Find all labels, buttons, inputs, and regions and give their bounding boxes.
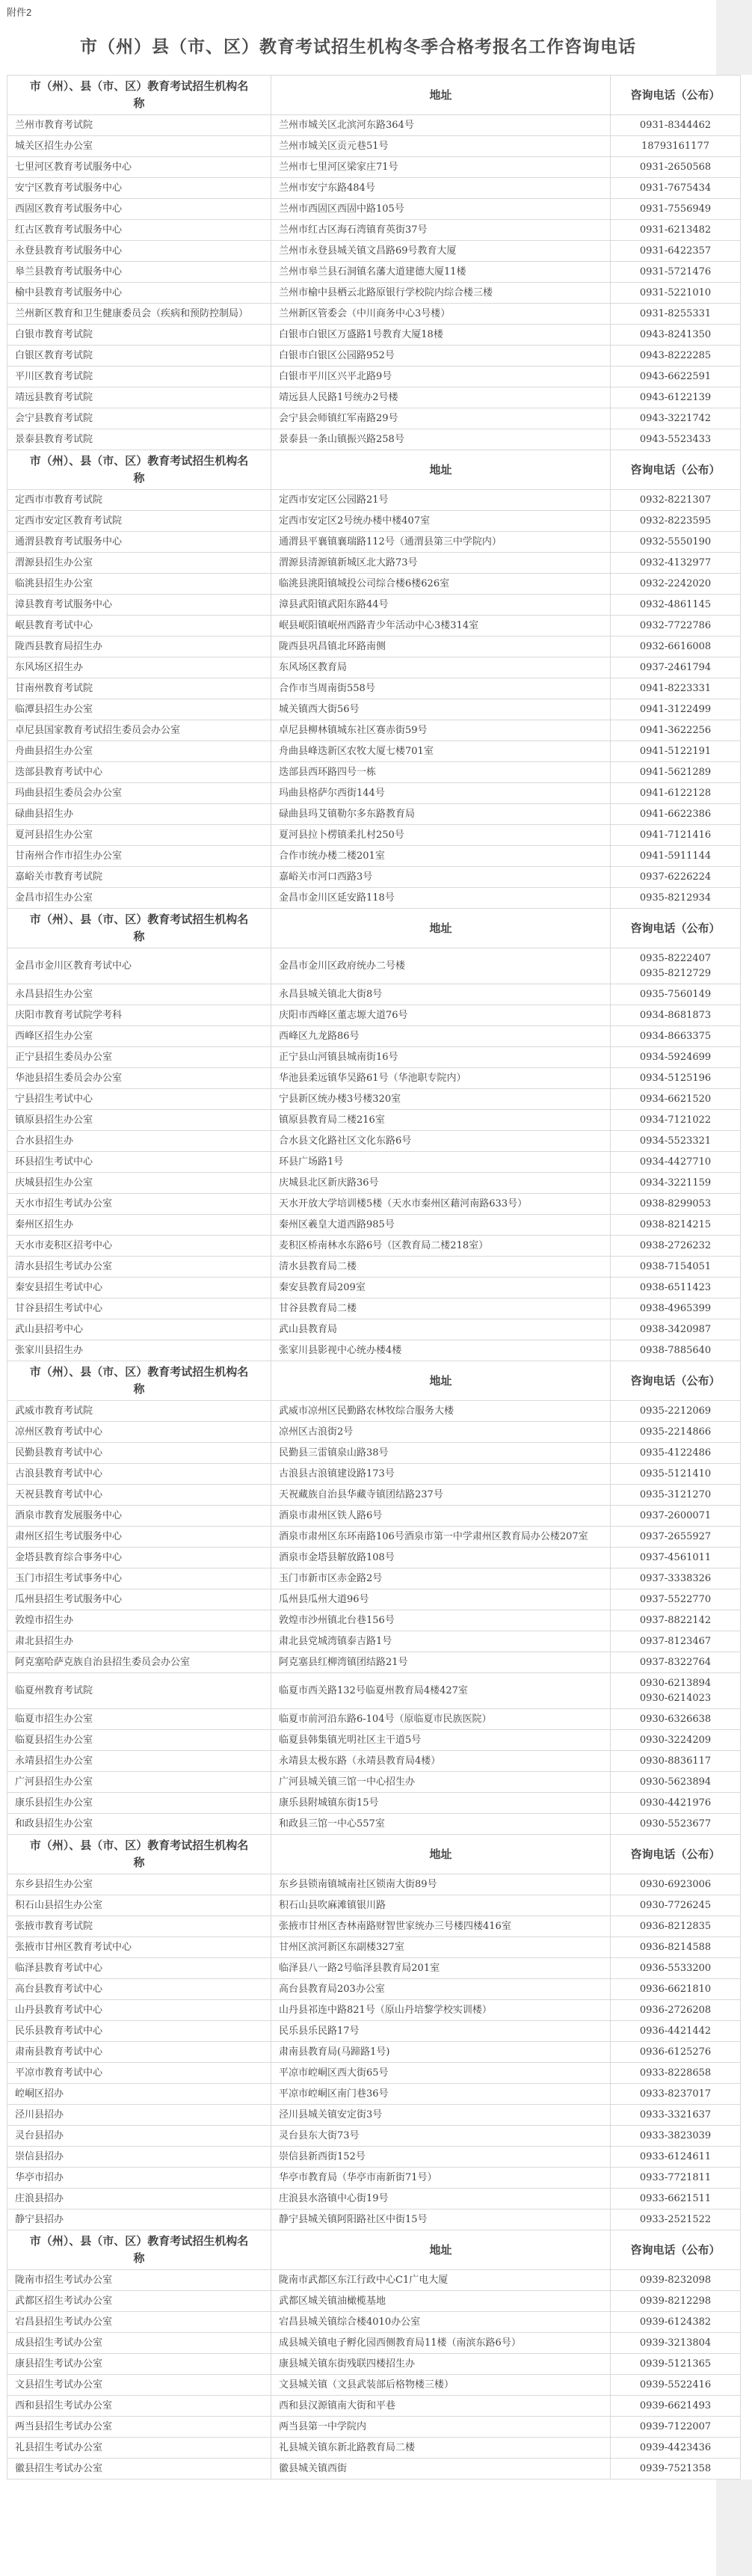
table-row: 迭部县教育考试中心迭部县西环路四号一栋0941-5621289 xyxy=(7,762,741,783)
org-name-cell: 碌曲县招生办 xyxy=(7,804,271,825)
org-name-cell: 两当县招生考试办公室 xyxy=(7,2417,271,2438)
address-cell: 白银市平川区兴平北路9号 xyxy=(271,367,611,387)
org-name-cell: 崆峒区招办 xyxy=(7,2084,271,2105)
address-cell: 合水县文化路社区文化东路6号 xyxy=(271,1131,611,1152)
address-cell: 甘州区滨河新区东副楼327室 xyxy=(271,1937,611,1958)
address-cell: 合作市当周南街558号 xyxy=(271,678,611,699)
table-row: 康乐县招生办公室康乐县附城镇东街15号0930-4421976 xyxy=(7,1793,741,1814)
phone-cell: 0933-8237017 xyxy=(611,2084,741,2105)
phone-cell: 0933-2521522 xyxy=(611,2209,741,2230)
table-row: 武威市教育考试院武威市凉州区民勤路农林牧综合服务大楼0935-2212069 xyxy=(7,1401,741,1422)
address-cell: 华亭市教育局（华亭市南新街71号） xyxy=(271,2168,611,2189)
phone-cell: 0939-8232098 xyxy=(611,2270,741,2291)
phone-cell: 0943-5523433 xyxy=(611,429,741,450)
phone-cell: 0930-6923006 xyxy=(611,1874,741,1895)
org-name-cell: 城关区招生办公室 xyxy=(7,136,271,157)
address-cell: 两当县第一中学院内 xyxy=(271,2417,611,2438)
org-name-cell: 武都区招生考试办公室 xyxy=(7,2291,271,2312)
phone-cell: 0936-6621810 xyxy=(611,1979,741,2000)
phone-cell: 0938-7154051 xyxy=(611,1257,741,1278)
phone-cell: 0941-7121416 xyxy=(611,825,741,846)
table-row: 榆中县教育考试服务中心兰州市榆中县栖云北路原银行学校院内综合楼三楼0931-52… xyxy=(7,283,741,304)
phone-cell: 0931-8255331 xyxy=(611,304,741,325)
table-row: 夏河县招生办公室夏河县拉卜楞镇柔扎村250号0941-7121416 xyxy=(7,825,741,846)
address-cell: 甘谷县教育局二楼 xyxy=(271,1298,611,1319)
table-row: 甘南州教育考试院合作市当周南街558号0941-8223331 xyxy=(7,678,741,699)
page-title: 市（州）县（市、区）教育考试招生机构冬季合格考报名工作咨询电话 xyxy=(0,33,716,58)
section-header-row: 市（州）、县（市、区）教育考试招生机构名称地址咨询电话（公布） xyxy=(7,76,741,115)
phone-cell: 0934-8681873 xyxy=(611,1005,741,1026)
phone-cell: 0939-4423436 xyxy=(611,2438,741,2459)
address-cell: 兰州市榆中县栖云北路原银行学校院内综合楼三楼 xyxy=(271,283,611,304)
address-cell: 秦州区羲皇大道西路985号 xyxy=(271,1215,611,1236)
table-row: 城关区招生办公室兰州市城关区贡元巷51号18793161177 xyxy=(7,136,741,157)
org-name-cell: 高台县教育考试中心 xyxy=(7,1979,271,2000)
phone-cell: 0938-8214215 xyxy=(611,1215,741,1236)
address-cell: 天祝藏族自治县华藏寺镇团结路237号 xyxy=(271,1485,611,1506)
section-header-row: 市（州）、县（市、区）教育考试招生机构名称地址咨询电话（公布） xyxy=(7,450,741,490)
address-cell: 宕昌县城关镇综合楼4010办公室 xyxy=(271,2312,611,2333)
org-name-cell: 红古区教育考试服务中心 xyxy=(7,220,271,241)
phone-cell: 0934-7121022 xyxy=(611,1110,741,1131)
org-name-cell: 天水市招生考试办公室 xyxy=(7,1194,271,1215)
org-name-cell: 礼县招生考试办公室 xyxy=(7,2438,271,2459)
phone-cell: 0937-6226224 xyxy=(611,867,741,888)
address-cell: 兰州市城关区贡元巷51号 xyxy=(271,136,611,157)
table-row: 通渭县教育考试服务中心通渭县平襄镇襄瑞路112号（通渭县第三中学院内）0932-… xyxy=(7,532,741,553)
org-name-cell: 玉门市招生考试事务中心 xyxy=(7,1568,271,1589)
org-name-cell: 阿克塞哈萨克族自治县招生委员会办公室 xyxy=(7,1652,271,1673)
address-cell: 华池县柔远镇华吴路61号（华池职专院内） xyxy=(271,1068,611,1089)
org-name-cell: 积石山县招生办公室 xyxy=(7,1895,271,1916)
address-cell: 景泰县一条山镇振兴路258号 xyxy=(271,429,611,450)
table-row: 张家川县招生办张家川县影视中心统办楼4楼0938-7885640 xyxy=(7,1340,741,1361)
address-cell: 武山县教育局 xyxy=(271,1319,611,1340)
table-row: 定西市安定区教育考试院定西市安定区2号统办楼中楼407室0932-8223595 xyxy=(7,511,741,532)
table-row: 成县招生考试办公室成县城关镇电子孵化园西侧教育局11楼（南滨东路6号）0939-… xyxy=(7,2333,741,2354)
org-name-cell: 广河县招生办公室 xyxy=(7,1772,271,1793)
org-name-cell: 华亭市招办 xyxy=(7,2168,271,2189)
table-row: 天水市招生考试办公室天水开放大学培训楼5楼（天水市秦州区藉河南路633号）093… xyxy=(7,1194,741,1215)
phone-cell: 0930-8836117 xyxy=(611,1751,741,1772)
org-name-cell: 会宁县教育考试院 xyxy=(7,408,271,429)
org-name-cell: 合水县招生办 xyxy=(7,1131,271,1152)
org-name-cell: 灵台县招办 xyxy=(7,2126,271,2147)
org-name-cell: 张掖市甘州区教育考试中心 xyxy=(7,1937,271,1958)
address-cell: 民乐县乐民路17号 xyxy=(271,2021,611,2042)
phone-cell: 0934-6621520 xyxy=(611,1089,741,1110)
org-name-cell: 肃北县招生办 xyxy=(7,1631,271,1652)
table-row: 皋兰县教育考试服务中心兰州市皋兰县石洞镇名藩大道建德大厦11楼0931-5721… xyxy=(7,262,741,283)
address-cell: 民勤县三雷镇泉山路38号 xyxy=(271,1443,611,1464)
org-name-cell: 庆城县招生办公室 xyxy=(7,1173,271,1194)
column-header-name: 市（州）、县（市、区）教育考试招生机构名称 xyxy=(7,450,271,490)
address-cell: 崇信县新西街152号 xyxy=(271,2147,611,2168)
org-name-cell: 正宁县招生委员办公室 xyxy=(7,1047,271,1068)
address-cell: 麦积区桥南林水东路6号（区教育局二楼218室） xyxy=(271,1236,611,1257)
phone-cell: 0935-2214866 xyxy=(611,1422,741,1443)
address-cell: 康县城关镇东街残联四楼招生办 xyxy=(271,2354,611,2375)
table-row: 定西市市教育考试院定西市安定区公园路21号0932-8221307 xyxy=(7,490,741,511)
section-header-row: 市（州）、县（市、区）教育考试招生机构名称地址咨询电话（公布） xyxy=(7,1361,741,1401)
phone-cell: 0941-5911144 xyxy=(611,846,741,867)
org-name-cell: 玛曲县招生委员会办公室 xyxy=(7,783,271,804)
table-row: 临潭县招生办公室城关镇西大街56号0941-3122499 xyxy=(7,699,741,720)
address-cell: 兰州新区管委会（中川商务中心3号楼） xyxy=(271,304,611,325)
org-name-cell: 漳县教育考试服务中心 xyxy=(7,595,271,616)
column-header-phone: 咨询电话（公布） xyxy=(611,1361,741,1401)
phone-cell: 0937-2461794 xyxy=(611,657,741,678)
phone-cell: 0935-5121410 xyxy=(611,1464,741,1485)
table-row: 红古区教育考试服务中心兰州市红古区海石湾镇育英街37号0931-6213482 xyxy=(7,220,741,241)
address-cell: 酒泉市肃州区东环南路106号酒泉市第一中学肃州区教育局办公楼207室 xyxy=(271,1527,611,1548)
phone-cell: 0941-5122191 xyxy=(611,741,741,762)
column-header-phone: 咨询电话（公布） xyxy=(611,1835,741,1874)
table-row: 白银市教育考试院白银市白银区万盛路1号教育大厦18楼0943-8241350 xyxy=(7,325,741,346)
table-row: 武都区招生考试办公室武都区城关镇油橄榄基地0939-8212298 xyxy=(7,2291,741,2312)
address-cell: 城关镇西大街56号 xyxy=(271,699,611,720)
column-header-address: 地址 xyxy=(271,2230,611,2270)
address-cell: 白银市白银区万盛路1号教育大厦18楼 xyxy=(271,325,611,346)
phone-cell: 0933-6124611 xyxy=(611,2147,741,2168)
column-header-address: 地址 xyxy=(271,450,611,490)
org-name-cell: 陇南市招生考试办公室 xyxy=(7,2270,271,2291)
phone-cell: 0937-8322764 xyxy=(611,1652,741,1673)
column-header-address: 地址 xyxy=(271,1835,611,1874)
org-name-cell: 康县招生考试办公室 xyxy=(7,2354,271,2375)
table-row: 正宁县招生委员办公室正宁县山河镇县城南街16号0934-5924699 xyxy=(7,1047,741,1068)
org-name-cell: 宁县招生考试中心 xyxy=(7,1089,271,1110)
table-row: 永昌县招生办公室永昌县城关镇北大街8号0935-7560149 xyxy=(7,984,741,1005)
address-cell: 会宁县会师镇红军南路29号 xyxy=(271,408,611,429)
table-row: 徽县招生考试办公室徽县城关镇西街0939-7521358 xyxy=(7,2459,741,2480)
phone-cell: 0937-8822142 xyxy=(611,1610,741,1631)
phone-cell: 0943-3221742 xyxy=(611,408,741,429)
phone-cell: 0937-5522770 xyxy=(611,1589,741,1610)
table-row: 酒泉市教育发展服务中心酒泉市肃州区铁人路6号0937-2600071 xyxy=(7,1506,741,1527)
org-name-cell: 七里河区教育考试服务中心 xyxy=(7,157,271,178)
address-cell: 山丹县祁连中路821号（原山丹培黎学校实训楼） xyxy=(271,2000,611,2021)
table-row: 泾川县招办泾川县城关镇安定街3号0933-3321637 xyxy=(7,2105,741,2126)
org-name-cell: 民乐县教育考试中心 xyxy=(7,2021,271,2042)
address-cell: 陇西县巩昌镇北环路南侧 xyxy=(271,637,611,657)
org-name-cell: 肃州区招生考试服务中心 xyxy=(7,1527,271,1548)
table-row: 玛曲县招生委员会办公室玛曲县格萨尔西街144号0941-6122128 xyxy=(7,783,741,804)
address-cell: 灵台县东大街73号 xyxy=(271,2126,611,2147)
address-cell: 泾川县城关镇安定街3号 xyxy=(271,2105,611,2126)
phone-cell: 0941-3622256 xyxy=(611,720,741,741)
phone-cell: 0939-6124382 xyxy=(611,2312,741,2333)
phone-cell: 0937-4561011 xyxy=(611,1548,741,1568)
phone-cell: 0930-5523677 xyxy=(611,1814,741,1835)
org-name-cell: 张家川县招生办 xyxy=(7,1340,271,1361)
address-cell: 定西市安定区2号统办楼中楼407室 xyxy=(271,511,611,532)
address-cell: 永靖县太极东路（永靖县教育局4楼） xyxy=(271,1751,611,1772)
phone-cell: 0932-2242020 xyxy=(611,574,741,595)
phone-cell: 0943-6622591 xyxy=(611,367,741,387)
phone-cell: 0930-6213894 0930-6214023 xyxy=(611,1673,741,1709)
table-row: 礼县招生考试办公室礼县城关镇东新北路教育局二楼0939-4423436 xyxy=(7,2438,741,2459)
phone-cell: 0932-5550190 xyxy=(611,532,741,553)
address-cell: 卓尼县柳林镇城东社区赛赤街59号 xyxy=(271,720,611,741)
org-name-cell: 古浪县教育考试中心 xyxy=(7,1464,271,1485)
phone-cell: 0941-3122499 xyxy=(611,699,741,720)
table-row: 民勤县教育考试中心民勤县三雷镇泉山路38号0935-4122486 xyxy=(7,1443,741,1464)
org-name-cell: 武山县招考中心 xyxy=(7,1319,271,1340)
address-cell: 舟曲县峰迭新区农牧大厦七楼701室 xyxy=(271,741,611,762)
org-name-cell: 永登县教育考试服务中心 xyxy=(7,241,271,262)
phone-cell: 0939-5522416 xyxy=(611,2375,741,2396)
column-header-name: 市（州）、县（市、区）教育考试招生机构名称 xyxy=(7,1361,271,1401)
address-cell: 玛曲县格萨尔西街144号 xyxy=(271,783,611,804)
column-header-name: 市（州）、县（市、区）教育考试招生机构名称 xyxy=(7,76,271,115)
phone-cell: 0934-5924699 xyxy=(611,1047,741,1068)
address-cell: 东风场区教育局 xyxy=(271,657,611,678)
address-cell: 敦煌市沙州镇北台巷156号 xyxy=(271,1610,611,1631)
org-name-cell: 夏河县招生办公室 xyxy=(7,825,271,846)
table-row: 凉州区教育考试中心凉州区古浪街2号0935-2214866 xyxy=(7,1422,741,1443)
address-cell: 兰州市皋兰县石洞镇名藩大道建德大厦11楼 xyxy=(271,262,611,283)
org-name-cell: 平川区教育考试院 xyxy=(7,367,271,387)
address-cell: 西和县汉源镇南大街和平巷 xyxy=(271,2396,611,2417)
phone-cell: 0938-4965399 xyxy=(611,1298,741,1319)
org-name-cell: 临夏县招生办公室 xyxy=(7,1730,271,1751)
attachment-label: 附件2 xyxy=(7,4,31,19)
phone-cell: 0930-6326638 xyxy=(611,1709,741,1730)
table-row: 金塔县教育综合事务中心酒泉市金塔县解放路108号0937-4561011 xyxy=(7,1548,741,1568)
phone-cell: 0931-5221010 xyxy=(611,283,741,304)
phone-cell: 0938-3420987 xyxy=(611,1319,741,1340)
phone-cell: 0941-6622386 xyxy=(611,804,741,825)
table-row: 秦安县招生考试中心秦安县教育局209室0938-6511423 xyxy=(7,1278,741,1298)
address-cell: 金昌市金川区延安路118号 xyxy=(271,888,611,909)
org-name-cell: 秦州区招生办 xyxy=(7,1215,271,1236)
phone-cell: 0938-7885640 xyxy=(611,1340,741,1361)
phone-cell: 0934-4427710 xyxy=(611,1152,741,1173)
address-cell: 夏河县拉卜楞镇柔扎村250号 xyxy=(271,825,611,846)
table-row: 静宁县招办静宁县城关镇阿阳路社区中街15号0933-2521522 xyxy=(7,2209,741,2230)
phone-cell: 0941-6122128 xyxy=(611,783,741,804)
table-row: 卓尼县国家教育考试招生委员会办公室卓尼县柳林镇城东社区赛赤街59号0941-36… xyxy=(7,720,741,741)
phone-directory-body: 市（州）、县（市、区）教育考试招生机构名称地址咨询电话（公布）兰州市教育考试院兰… xyxy=(7,76,741,2480)
address-cell: 兰州市西固区西固中路105号 xyxy=(271,199,611,220)
org-name-cell: 宕昌县招生考试办公室 xyxy=(7,2312,271,2333)
section-header-row: 市（州）、县（市、区）教育考试招生机构名称地址咨询电话（公布） xyxy=(7,909,741,948)
org-name-cell: 镇原县招生办公室 xyxy=(7,1110,271,1131)
table-row: 永登县教育考试服务中心兰州市永登县城关镇文昌路69号教育大厦0931-64223… xyxy=(7,241,741,262)
org-name-cell: 临泽县教育考试中心 xyxy=(7,1958,271,1979)
address-cell: 漳县武阳镇武阳东路44号 xyxy=(271,595,611,616)
address-cell: 临夏市西关路132号临夏州教育局4楼427室 xyxy=(271,1673,611,1709)
table-row: 敦煌市招生办敦煌市沙州镇北台巷156号0937-8822142 xyxy=(7,1610,741,1631)
phone-cell: 0934-5523321 xyxy=(611,1131,741,1152)
org-name-cell: 东乡县招生办公室 xyxy=(7,1874,271,1895)
org-name-cell: 西峰区招生办公室 xyxy=(7,1026,271,1047)
org-name-cell: 敦煌市招生办 xyxy=(7,1610,271,1631)
table-row: 阿克塞哈萨克族自治县招生委员会办公室阿克塞县红柳湾镇团结路21号0937-832… xyxy=(7,1652,741,1673)
phone-cell: 0932-8221307 xyxy=(611,490,741,511)
org-name-cell: 酒泉市教育发展服务中心 xyxy=(7,1506,271,1527)
table-row: 会宁县教育考试院会宁县会师镇红军南路29号0943-3221742 xyxy=(7,408,741,429)
address-cell: 迭部县西环路四号一栋 xyxy=(271,762,611,783)
table-row: 清水县招生考试办公室清水县教育局二楼0938-7154051 xyxy=(7,1257,741,1278)
phone-cell: 0937-8123467 xyxy=(611,1631,741,1652)
address-cell: 岷县岷阳镇岷州西路青少年活动中心3楼314室 xyxy=(271,616,611,637)
table-row: 高台县教育考试中心高台县教育局203办公室0936-6621810 xyxy=(7,1979,741,2000)
table-row: 庄浪县招办庄浪县水洛镇中心街19号0933-6621511 xyxy=(7,2189,741,2209)
org-name-cell: 清水县招生考试办公室 xyxy=(7,1257,271,1278)
org-name-cell: 文县招生考试办公室 xyxy=(7,2375,271,2396)
phone-cell: 0933-8228658 xyxy=(611,2063,741,2084)
phone-cell: 0935-3121270 xyxy=(611,1485,741,1506)
table-row: 嘉峪关市教育考试院嘉峪关市河口西路3号0937-6226224 xyxy=(7,867,741,888)
org-name-cell: 山丹县教育考试中心 xyxy=(7,2000,271,2021)
org-name-cell: 榆中县教育考试服务中心 xyxy=(7,283,271,304)
org-name-cell: 临潭县招生办公室 xyxy=(7,699,271,720)
column-header-address: 地址 xyxy=(271,909,611,948)
address-cell: 肃北县党城湾镇泰吉路1号 xyxy=(271,1631,611,1652)
org-name-cell: 临夏州教育考试院 xyxy=(7,1673,271,1709)
org-name-cell: 天水市麦积区招考中心 xyxy=(7,1236,271,1257)
address-cell: 礼县城关镇东新北路教育局二楼 xyxy=(271,2438,611,2459)
address-cell: 张家川县影视中心统办楼4楼 xyxy=(271,1340,611,1361)
address-cell: 通渭县平襄镇襄瑞路112号（通渭县第三中学院内） xyxy=(271,532,611,553)
address-cell: 定西市安定区公园路21号 xyxy=(271,490,611,511)
page: { "page": { "attachment_label": "附件2", "… xyxy=(0,0,752,2576)
table-row: 安宁区教育考试服务中心兰州市安宁东路484号0931-7675434 xyxy=(7,178,741,199)
org-name-cell: 景泰县教育考试院 xyxy=(7,429,271,450)
address-cell: 平凉市崆峒区南门巷36号 xyxy=(271,2084,611,2105)
table-row: 和政县招生办公室和政县三馆一中心557室0930-5523677 xyxy=(7,1814,741,1835)
column-header-phone: 咨询电话（公布） xyxy=(611,76,741,115)
address-cell: 瓜州县瓜州大道96号 xyxy=(271,1589,611,1610)
section-header-row: 市（州）、县（市、区）教育考试招生机构名称地址咨询电话（公布） xyxy=(7,1835,741,1874)
address-cell: 积石山县吹麻滩镇银川路 xyxy=(271,1895,611,1916)
table-row: 靖远县教育考试院靖远县人民路1号统办2号楼0943-6122139 xyxy=(7,387,741,408)
org-name-cell: 定西市安定区教育考试院 xyxy=(7,511,271,532)
phone-cell: 0930-4421976 xyxy=(611,1793,741,1814)
org-name-cell: 东风场区招生办 xyxy=(7,657,271,678)
phone-cell: 0933-3823039 xyxy=(611,2126,741,2147)
org-name-cell: 瓜州县招生考试服务中心 xyxy=(7,1589,271,1610)
address-cell: 渭源县清源镇新城区北大路73号 xyxy=(271,553,611,574)
org-name-cell: 岷县教育考试中心 xyxy=(7,616,271,637)
address-cell: 嘉峪关市河口西路3号 xyxy=(271,867,611,888)
org-name-cell: 徽县招生考试办公室 xyxy=(7,2459,271,2480)
table-row: 民乐县教育考试中心民乐县乐民路17号0936-4421442 xyxy=(7,2021,741,2042)
org-name-cell: 秦安县招生考试中心 xyxy=(7,1278,271,1298)
org-name-cell: 静宁县招办 xyxy=(7,2209,271,2230)
phone-cell: 0938-2726232 xyxy=(611,1236,741,1257)
table-row: 宕昌县招生考试办公室宕昌县城关镇综合楼4010办公室0939-6124382 xyxy=(7,2312,741,2333)
phone-cell: 0933-7721811 xyxy=(611,2168,741,2189)
table-row: 临夏市招生办公室临夏市前河沿东路6-104号（原临夏市民族医院）0930-632… xyxy=(7,1709,741,1730)
address-cell: 玉门市新市区赤金路2号 xyxy=(271,1568,611,1589)
phone-cell: 0937-2600071 xyxy=(611,1506,741,1527)
table-row: 平凉市教育考试中心平凉市崆峒区西大街65号0933-8228658 xyxy=(7,2063,741,2084)
table-row: 平川区教育考试院白银市平川区兴平北路9号0943-6622591 xyxy=(7,367,741,387)
address-cell: 白银市白银区公园路952号 xyxy=(271,346,611,367)
address-cell: 金昌市金川区政府统办二号楼 xyxy=(271,948,611,984)
table-row: 崆峒区招办平凉市崆峒区南门巷36号0933-8237017 xyxy=(7,2084,741,2105)
org-name-cell: 金昌市招生办公室 xyxy=(7,888,271,909)
address-cell: 环县广场路1号 xyxy=(271,1152,611,1173)
address-cell: 临夏市前河沿东路6-104号（原临夏市民族医院） xyxy=(271,1709,611,1730)
address-cell: 临夏县韩集镇光明社区主干道5号 xyxy=(271,1730,611,1751)
phone-cell: 0936-2726208 xyxy=(611,2000,741,2021)
phone-cell: 0935-8222407 0935-8212729 xyxy=(611,948,741,984)
phone-cell: 18793161177 xyxy=(611,136,741,157)
column-header-address: 地址 xyxy=(271,1361,611,1401)
org-name-cell: 张掖市教育考试院 xyxy=(7,1916,271,1937)
phone-cell: 0932-7722786 xyxy=(611,616,741,637)
address-cell: 徽县城关镇西街 xyxy=(271,2459,611,2480)
org-name-cell: 安宁区教育考试服务中心 xyxy=(7,178,271,199)
address-cell: 广河县城关镇三馆一中心招生办 xyxy=(271,1772,611,1793)
table-row: 金昌市招生办公室金昌市金川区延安路118号0935-8212934 xyxy=(7,888,741,909)
table-row: 古浪县教育考试中心古浪县古浪镇建设路173号0935-5121410 xyxy=(7,1464,741,1485)
table-row: 兰州市教育考试院兰州市城关区北滨河东路364号0931-8344462 xyxy=(7,115,741,136)
address-cell: 兰州市城关区北滨河东路364号 xyxy=(271,115,611,136)
address-cell: 兰州市安宁东路484号 xyxy=(271,178,611,199)
table-row: 漳县教育考试服务中心漳县武阳镇武阳东路44号0932-4861145 xyxy=(7,595,741,616)
table-row: 庆城县招生办公室庆城县北区新庆路36号0934-3221159 xyxy=(7,1173,741,1194)
table-row: 康县招生考试办公室康县城关镇东街残联四楼招生办0939-5121365 xyxy=(7,2354,741,2375)
address-cell: 文县城关镇（文县武装部后格物楼三楼） xyxy=(271,2375,611,2396)
address-cell: 正宁县山河镇县城南街16号 xyxy=(271,1047,611,1068)
table-row: 七里河区教育考试服务中心兰州市七里河区梁家庄71号0931-2650568 xyxy=(7,157,741,178)
table-row: 临洮县招生办公室临洮县洮阳镇城投公司综合楼6楼626室0932-2242020 xyxy=(7,574,741,595)
address-cell: 清水县教育局二楼 xyxy=(271,1257,611,1278)
address-cell: 成县城关镇电子孵化园西侧教育局11楼（南滨东路6号） xyxy=(271,2333,611,2354)
table-row: 山丹县教育考试中心山丹县祁连中路821号（原山丹培黎学校实训楼）0936-272… xyxy=(7,2000,741,2021)
table-row: 积石山县招生办公室积石山县吹麻滩镇银川路0930-7726245 xyxy=(7,1895,741,1916)
table-row: 天祝县教育考试中心天祝藏族自治县华藏寺镇团结路237号0935-3121270 xyxy=(7,1485,741,1506)
org-name-cell: 庄浪县招办 xyxy=(7,2189,271,2209)
table-row: 西和县招生考试办公室西和县汉源镇南大街和平巷0939-6621493 xyxy=(7,2396,741,2417)
table-row: 碌曲县招生办碌曲县玛艾镇勒尔多东路教育局0941-6622386 xyxy=(7,804,741,825)
org-name-cell: 陇西县教育局招生办 xyxy=(7,637,271,657)
table-row: 崇信县招办崇信县新西街152号0933-6124611 xyxy=(7,2147,741,2168)
org-name-cell: 靖远县教育考试院 xyxy=(7,387,271,408)
table-band: 市（州）、县（市、区）教育考试招生机构名称地址咨询电话（公布）兰州市教育考试院兰… xyxy=(0,75,752,2480)
table-row: 兰州新区教育和卫生健康委员会（疾病和预防控制局）兰州新区管委会（中川商务中心3号… xyxy=(7,304,741,325)
address-cell: 陇南市武都区东江行政中心C1广电大厦 xyxy=(271,2270,611,2291)
table-row: 舟曲县招生办公室舟曲县峰迭新区农牧大厦七楼701室0941-5122191 xyxy=(7,741,741,762)
table-row: 华亭市招办华亭市教育局（华亭市南新街71号）0933-7721811 xyxy=(7,2168,741,2189)
table-row: 文县招生考试办公室文县城关镇（文县武装部后格物楼三楼）0939-5522416 xyxy=(7,2375,741,2396)
org-name-cell: 甘谷县招生考试中心 xyxy=(7,1298,271,1319)
address-cell: 酒泉市肃州区铁人路6号 xyxy=(271,1506,611,1527)
org-name-cell: 白银区教育考试院 xyxy=(7,346,271,367)
table-row: 临泽县教育考试中心临泽县八一路2号临泽县教育局201室0936-5533200 xyxy=(7,1958,741,1979)
address-cell: 凉州区古浪街2号 xyxy=(271,1422,611,1443)
table-row: 渭源县招生办公室渭源县清源镇新城区北大路73号0932-4132977 xyxy=(7,553,741,574)
org-name-cell: 环县招生考试中心 xyxy=(7,1152,271,1173)
phone-cell: 0931-6422357 xyxy=(611,241,741,262)
phone-cell: 0936-5533200 xyxy=(611,1958,741,1979)
table-row: 张掖市教育考试院张掖市甘州区杏林南路财智世家统办三号楼四楼416室0936-82… xyxy=(7,1916,741,1937)
phone-cell: 0932-4132977 xyxy=(611,553,741,574)
address-cell: 酒泉市金塔县解放路108号 xyxy=(271,1548,611,1568)
address-cell: 靖远县人民路1号统办2号楼 xyxy=(271,387,611,408)
table-row: 天水市麦积区招考中心麦积区桥南林水东路6号（区教育局二楼218室）0938-27… xyxy=(7,1236,741,1257)
column-header-name: 市（州）、县（市、区）教育考试招生机构名称 xyxy=(7,1835,271,1874)
org-name-cell: 华池县招生委员会办公室 xyxy=(7,1068,271,1089)
phone-cell: 0941-8223331 xyxy=(611,678,741,699)
phone-cell: 0930-7726245 xyxy=(611,1895,741,1916)
table-row: 陇南市招生考试办公室陇南市武都区东江行政中心C1广电大厦0939-8232098 xyxy=(7,2270,741,2291)
